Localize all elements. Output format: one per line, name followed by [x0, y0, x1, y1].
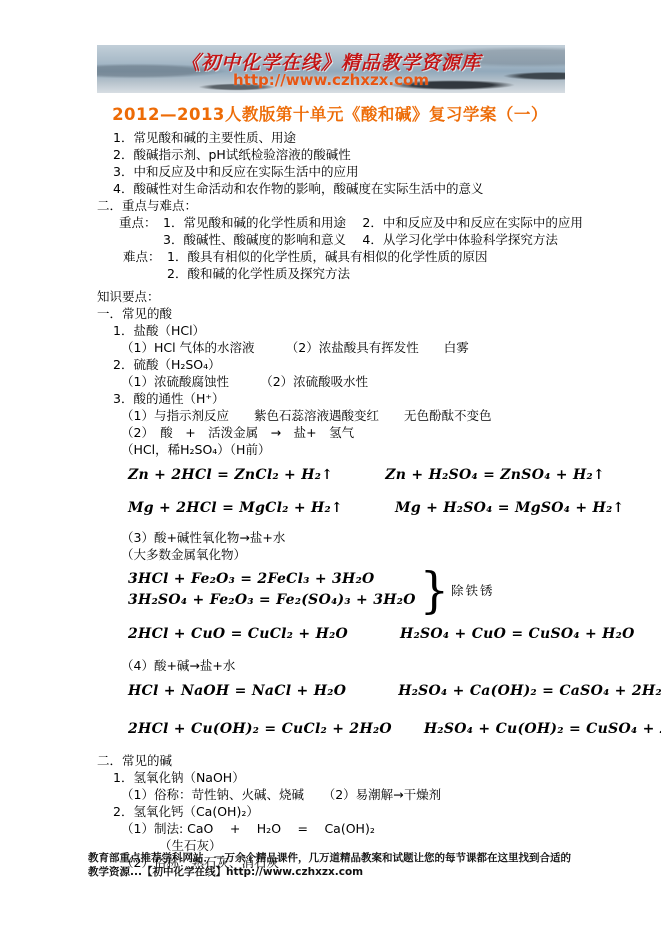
acids-heading: 一．常见的酸	[97, 305, 582, 322]
equation-h2so4-cuo: H₂SO₄ + CuO = CuSO₄ + H₂O	[400, 626, 635, 642]
key-points-label: 重点：	[119, 214, 163, 231]
acid-metal-line: （2） 酸 + 活泼金属 → 盐+ 氢气	[121, 424, 582, 441]
rust-equations: 3HCl + Fe₂O₃ = 2FeCl₃ + 3H₂O 3H₂SO₄ + Fe…	[128, 569, 416, 611]
acid-generality-title: 3．酸的通性（H⁺）	[113, 390, 582, 407]
objective-item-3: 3．中和反应及中和反应在实际生活中的应用	[113, 163, 582, 180]
oxide-rule-line: （3）酸+碱性氧化物→盐+水	[121, 529, 582, 546]
key-points-block: 重点： 1．常见酸和碱的化学性质和用途 2．中和反应及中和反应在实际中的应用 3…	[97, 214, 582, 248]
equation-hcl-cuo: 2HCl + CuO = CuCl₂ + H₂O	[128, 626, 348, 642]
difficulties-label: 难点：	[123, 248, 167, 265]
neutralization-rule-line: （4）酸+碱→盐+水	[121, 657, 582, 674]
h2so4-title: 2．硫酸（H₂SO₄）	[113, 356, 582, 373]
equation-h2so4-cuoh2: H₂SO₄ + Cu(OH)₂ = CuSO₄ + 2H₂O	[424, 721, 661, 737]
difficulties-block: 难点： 1．酸具有相似的化学性质，碱具有相似的化学性质的原因 2．酸和碱的化学性…	[97, 248, 582, 282]
key-points-lines: 1．常见酸和碱的化学性质和用途 2．中和反应及中和反应在实际中的应用 3．酸碱性…	[163, 214, 583, 248]
acid-metal-note: （HCl，稀H₂SO₄）（H前）	[121, 441, 582, 458]
bases-heading: 二．常见的碱	[97, 752, 582, 769]
objective-item-4: 4．酸碱性对生命活动和农作物的影响，酸碱度在实际生活中的意义	[113, 180, 582, 197]
equation-hcl-naoh: HCl + NaOH = NaCl + H₂O	[128, 683, 346, 699]
equation-zn-hcl: Zn + 2HCl = ZnCl₂ + H₂↑	[128, 467, 333, 483]
section-heading-knowledge: 知识要点：	[97, 288, 582, 305]
equation-hcl-cuoh2: 2HCl + Cu(OH)₂ = CuCl₂ + 2H₂O	[128, 721, 392, 737]
equation-row-cuo: 2HCl + CuO = CuCl₂ + H₂O H₂SO₄ + CuO = C…	[128, 625, 582, 643]
equation-row-naoh: HCl + NaOH = NaCl + H₂O H₂SO₄ + Ca(OH)₂ …	[128, 682, 582, 700]
right-brace-glyph: }	[420, 568, 449, 612]
oxide-note-line: （大多数金属氧化物）	[121, 546, 582, 563]
key-point-line-1: 1．常见酸和碱的化学性质和用途 2．中和反应及中和反应在实际中的应用	[163, 214, 583, 231]
difficulties-lines: 1．酸具有相似的化学性质，碱具有相似的化学性质的原因 2．酸和碱的化学性质及探究…	[167, 248, 582, 282]
objective-item-2: 2．酸碱指示剂、pH试纸检验溶液的酸碱性	[113, 146, 582, 163]
equation-h2so4-fe2o3: 3H₂SO₄ + Fe₂O₃ = Fe₂(SO₄)₃ + 3H₂O	[128, 590, 416, 611]
banner-site-url-link[interactable]: http://www.czhxzx.com	[97, 71, 565, 89]
naoh-title: 1．氢氧化钠（NaOH）	[113, 769, 582, 786]
difficulty-line-2: 2．酸和碱的化学性质及探究方法	[167, 265, 582, 282]
hcl-title: 1．盐酸（HCl）	[113, 322, 582, 339]
hcl-properties: （1）HCl 气体的水溶液 （2）浓盐酸具有挥发性 白雾	[121, 339, 582, 356]
equation-hcl-fe2o3: 3HCl + Fe₂O₃ = 2FeCl₃ + 3H₂O	[128, 569, 416, 590]
equation-row-mg: Mg + 2HCl = MgCl₂ + H₂↑ Mg + H₂SO₄ = MgS…	[128, 499, 582, 517]
document-page: 《初中化学在线》精品教学资源库 http://www.czhxzx.com 20…	[0, 0, 661, 935]
h2so4-properties: （1）浓硫酸腐蚀性 （2）浓硫酸吸水性	[121, 373, 582, 390]
caoh2-preparation: （1）制法: CaO + H₂O = Ca(OH)₂	[121, 820, 582, 837]
rust-removal-label: 除铁锈	[451, 582, 495, 599]
section-heading-key-points: 二．重点与难点：	[97, 197, 582, 214]
page-title: 2012—2013人教版第十单元《酸和碱》复习学案（一）	[80, 101, 580, 125]
equation-mg-hcl: Mg + 2HCl = MgCl₂ + H₂↑	[128, 500, 343, 516]
equation-row-zn: Zn + 2HCl = ZnCl₂ + H₂↑ Zn + H₂SO₄ = ZnS…	[128, 466, 582, 484]
acid-indicator-line: （1）与指示剂反应 紫色石蕊溶液遇酸变红 无色酚酞不变色	[121, 407, 582, 424]
objective-item-1: 1．常见酸和碱的主要性质、用途	[113, 129, 582, 146]
site-banner: 《初中化学在线》精品教学资源库 http://www.czhxzx.com	[97, 45, 565, 93]
naoh-properties: （1）俗称：苛性钠、火碱、烧碱 （2）易潮解→干燥剂	[121, 786, 582, 803]
equation-h2so4-caoh2: H₂SO₄ + Ca(OH)₂ = CaSO₄ + 2H₂O	[398, 683, 661, 699]
key-point-line-2: 3．酸碱性、酸碱度的影响和意义 4．从学习化学中体验科学探究方法	[163, 231, 583, 248]
equation-mg-h2so4: Mg + H₂SO₄ = MgSO₄ + H₂↑	[395, 500, 625, 516]
difficulty-line-1: 1．酸具有相似的化学性质，碱具有相似的化学性质的原因	[167, 248, 582, 265]
equation-row-cuoh2: 2HCl + Cu(OH)₂ = CuCl₂ + 2H₂O H₂SO₄ + Cu…	[128, 720, 582, 738]
caoh2-title: 2．氢氧化钙（Ca(OH)₂）	[113, 803, 582, 820]
equation-zn-h2so4: Zn + H₂SO₄ = ZnSO₄ + H₂↑	[385, 467, 605, 483]
rust-removal-equations: 3HCl + Fe₂O₃ = 2FeCl₃ + 3H₂O 3H₂SO₄ + Fe…	[128, 569, 582, 611]
document-body: 1．常见酸和碱的主要性质、用途 2．酸碱指示剂、pH试纸检验溶液的酸碱性 3．中…	[97, 129, 582, 871]
footer-promo-text: 教育部重点推荐学科网站．一万余个精品课件，几万道精品教案和试题让您的每节课都在这…	[88, 852, 574, 879]
